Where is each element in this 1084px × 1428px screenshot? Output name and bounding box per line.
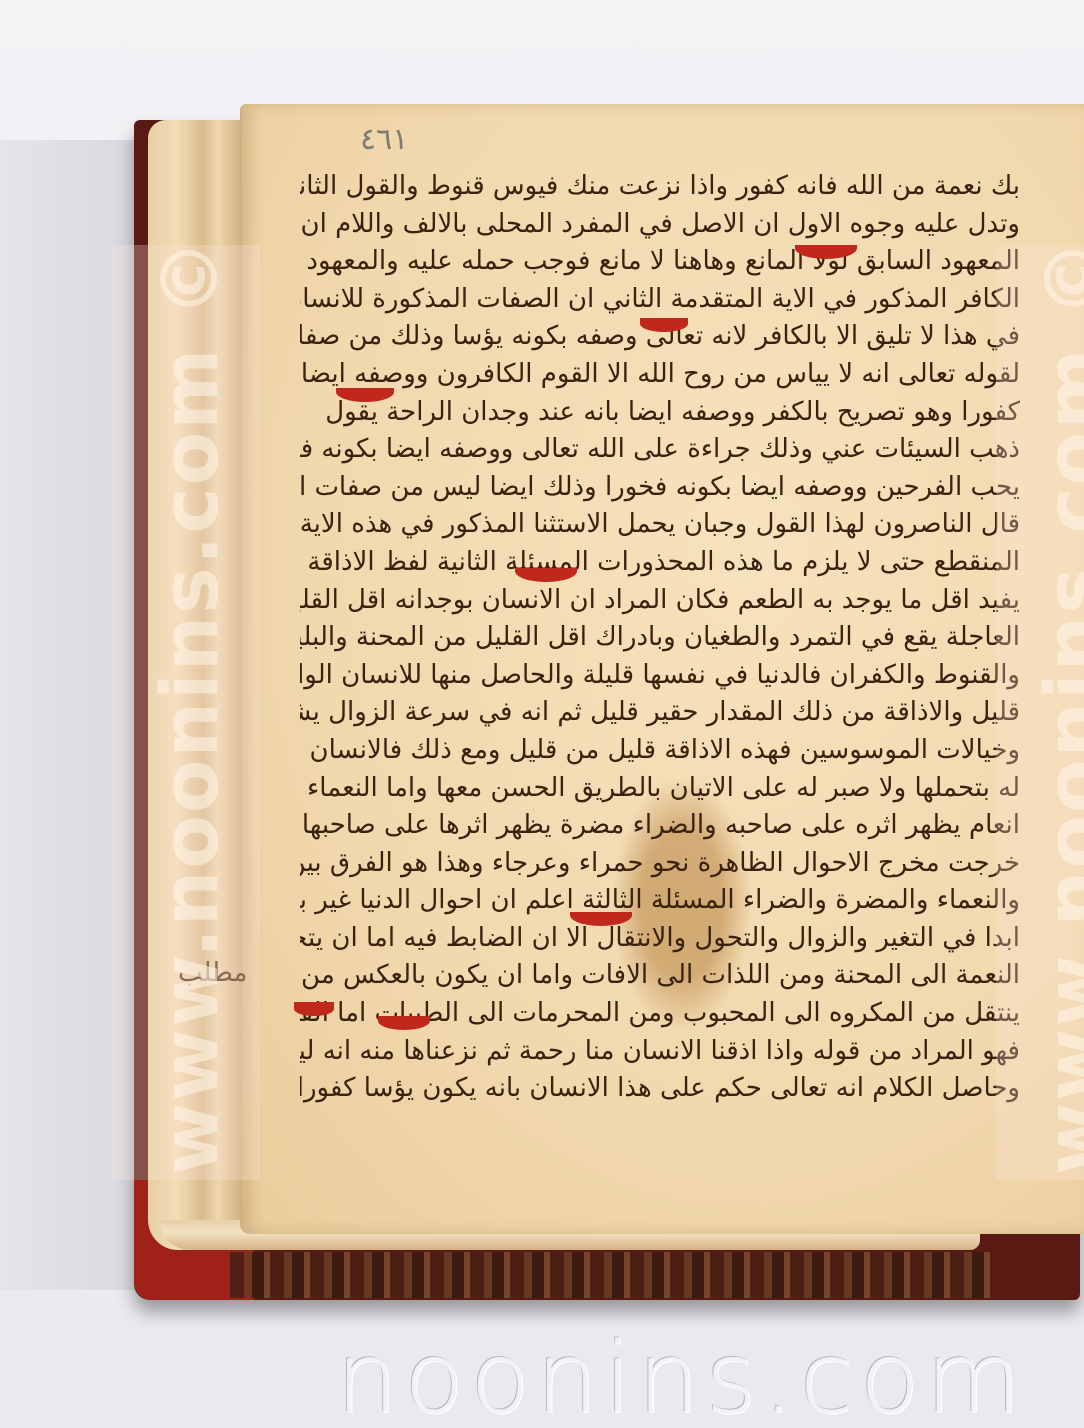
text-line: قليل والاذاقة من ذلك المقدار حقير قليل ث… [300, 694, 1020, 732]
text-line: وتدل عليه وجوه الاول ان الاصل في المفرد … [300, 206, 1020, 244]
text-line: يحب الفرحين ووصفه ايضا بكونه فخورا وذلك … [300, 469, 1020, 507]
text-line: قال الناصرون لهذا القول وجبان يحمل الاست… [300, 506, 1020, 544]
text-line: وخيالات الموسوسين فهذه الاذاقة قليل من ق… [300, 732, 1020, 770]
text-line: له بتحملها ولا صبر له على الاتيان بالطري… [300, 770, 1020, 808]
watermark-right: www.noonins.com © [1030, 237, 1084, 1175]
text-line: بك نعمة من الله فانه كفور واذا نزعت منك … [300, 168, 1020, 206]
watermark-bottom: noonins.com [336, 1322, 956, 1428]
text-line: الكافر المذكور في الاية المتقدمة الثاني … [300, 281, 1020, 319]
folio-number: ٤٦١ [360, 122, 408, 157]
text-line: النعمة الى المحنة ومن اللذات الى الافات … [300, 957, 1020, 995]
text-line: وحاصل الكلام انه تعالى حكم على هذا الانس… [300, 1070, 1020, 1108]
text-line: العاجلة يقع في التمرد والطغيان وبادراك ا… [300, 619, 1020, 657]
text-line: انعام يظهر اثره على صاحبه والضراء مضرة ي… [300, 807, 1020, 845]
text-line: والقنوط والكفران فالدنيا في نفسها قليلة … [300, 657, 1020, 695]
text-line: كفورا وهو تصريح بالكفر ووصفه ايضا بانه ع… [300, 394, 1020, 432]
text-line: يفيد اقل ما يوجد به الطعم فكان المراد ان… [300, 582, 1020, 620]
watermark-left: www.noonins.com © [146, 237, 236, 1175]
manuscript-text-block: بك نعمة من الله فانه كفور واذا نزعت منك … [300, 168, 1020, 1108]
text-line: ابدا في التغير والزوال والتحول والانتقال… [300, 920, 1020, 958]
book-cover-bottom-edge [230, 1252, 990, 1298]
text-line: والنعماء والمضرة والضراء المسئلة الثالثة… [300, 882, 1020, 920]
text-line: خرجت مخرج الاحوال الظاهرة نحو حمراء وعرج… [300, 845, 1020, 883]
text-line: فهو المراد من قوله واذا اذقنا الانسان من… [300, 1033, 1020, 1071]
text-line: المنقطع حتى لا يلزم ما هذه المحذورات الم… [300, 544, 1020, 582]
rubric-mark [294, 1002, 334, 1016]
text-line: لقوله تعالى انه لا يياس من روح الله الا … [300, 356, 1020, 394]
text-line: ذهب السيئات عني وذلك جراءة على الله تعال… [300, 431, 1020, 469]
text-line: المعهود السابق لولا المانع وهاهنا لا مان… [300, 243, 1020, 281]
